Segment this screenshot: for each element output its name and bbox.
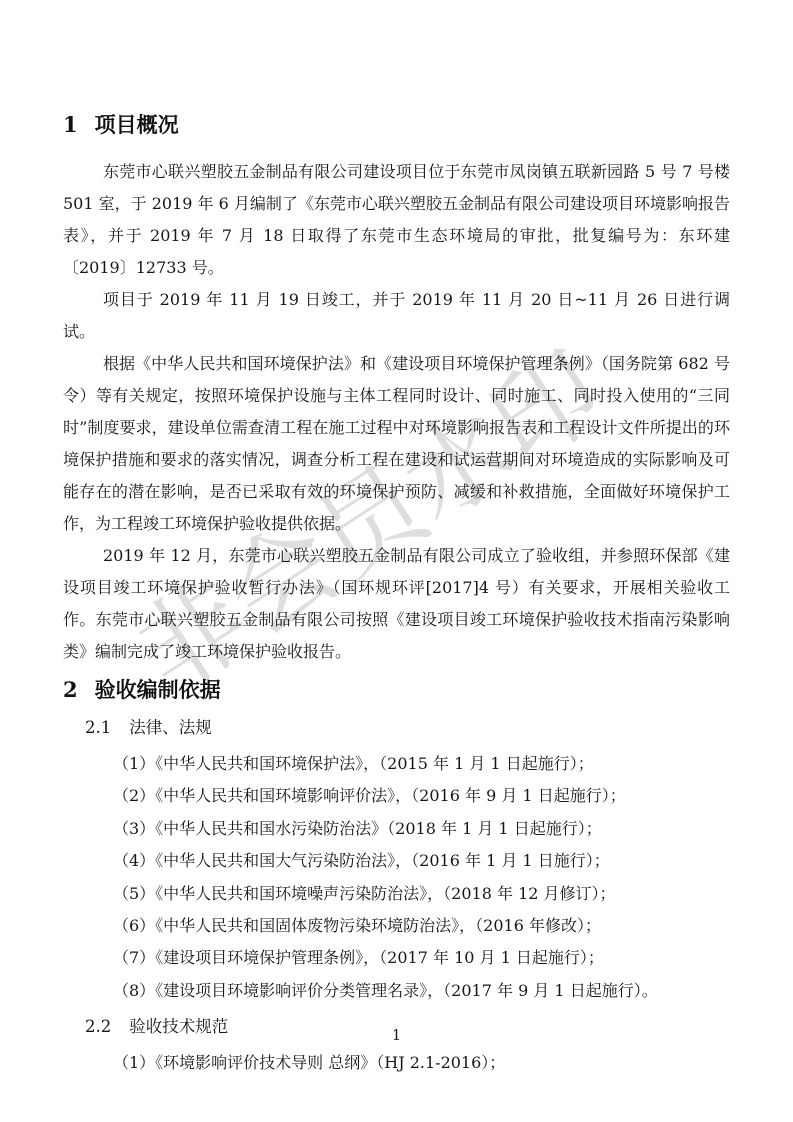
page-number: 1: [0, 1028, 793, 1044]
paragraph: 项目于 2019 年 11 月 19 日竣工，并于 2019 年 11 月 20…: [63, 284, 730, 348]
subsection-2-1-title: 法律、法规: [129, 718, 212, 737]
law-item: （8）《建设项目环境影响评价分类管理名录》，（2017 年 9 月 1 日起施行…: [113, 975, 730, 1007]
section-2-title: 验收编制依据: [95, 677, 221, 702]
subsection-2-1-heading: 2.1法律、法规: [85, 713, 730, 743]
law-item: （1）《中华人民共和国环境保护法》，（2015 年 1 月 1 日起施行）；: [113, 748, 730, 780]
law-item: （3）《中华人民共和国水污染防治法》（2018 年 1 月 1 日起施行）；: [113, 813, 730, 845]
paragraph: 2019 年 12 月，东莞市心联兴塑胶五金制品有限公司成立了验收组，并参照环保…: [63, 540, 730, 668]
document-content: 1项目概况 东莞市心联兴塑胶五金制品有限公司建设项目位于东莞市凤岗镇五联新园路 …: [0, 0, 793, 1080]
law-item: （5）《中华人民共和国环境噪声污染防治法》，（2018 年 12 月修订）；: [113, 878, 730, 910]
section-1-heading: 1项目概况: [63, 110, 730, 140]
section-2-heading: 2验收编制依据: [63, 675, 730, 705]
law-item: （2）《中华人民共和国环境影响评价法》，（2016 年 9 月 1 日起施行）；: [113, 780, 730, 812]
section-1-title: 项目概况: [95, 112, 179, 137]
section-2-number: 2: [63, 675, 78, 705]
tech-spec-item: （1）《环境影响评价技术导则 总纲》（HJ 2.1-2016）；: [113, 1047, 730, 1079]
law-item: （6）《中华人民共和国固体废物污染环境防治法》，（2016 年修改）；: [113, 910, 730, 942]
subsection-2-1-number: 2.1: [85, 713, 111, 743]
document-page: 非会员水印 1项目概况 东莞市心联兴塑胶五金制品有限公司建设项目位于东莞市凤岗镇…: [0, 0, 793, 1122]
paragraph: 根据《中华人民共和国环境保护法》和《建设项目环境保护管理条例》（国务院第 682…: [63, 348, 730, 540]
paragraph: 东莞市心联兴塑胶五金制品有限公司建设项目位于东莞市凤岗镇五联新园路 5 号 7 …: [63, 156, 730, 284]
law-item: （4）《中华人民共和国大气污染防治法》，（2016 年 1 月 1 日施行）；: [113, 845, 730, 877]
section-1-number: 1: [63, 110, 78, 140]
law-item: （7）《建设项目环境保护管理条例》，（2017 年 10 月 1 日起施行）；: [113, 942, 730, 974]
